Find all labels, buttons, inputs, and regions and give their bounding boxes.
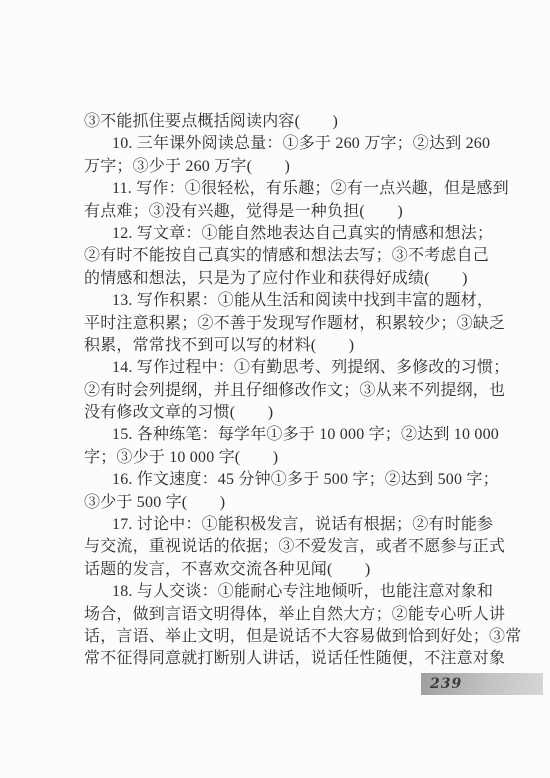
text-line: 话题的发言，不喜欢交流各种见闻( ) xyxy=(84,559,480,581)
text-line: 16. 作文速度：45 分钟①多于 500 字；②达到 500 字； xyxy=(84,469,480,491)
scanned-book-page: ③不能抓住要点概括阅读内容( ) 10. 三年课外阅读总量：①多于 260 万字… xyxy=(0,0,550,778)
text-line: ②有时会列提纲，并且仔细修改作文；③从来不列提纲，也 xyxy=(84,380,480,402)
text-line: 万字；③少于 260 万字( ) xyxy=(84,156,480,178)
text-line: ③不能抓住要点概括阅读内容( ) xyxy=(84,111,480,133)
text-line: 场合，做到言语文明得体，举止自然大方；②能专心听人讲 xyxy=(84,604,480,626)
text-line: 15. 各种练笔：每学年①多于 10 000 字；②达到 10 000 xyxy=(84,424,480,446)
text-line: 常不征得同意就打断别人讲话，说话任性随便，不注意对象 xyxy=(84,648,480,670)
text-line: 13. 写作积累：①能从生活和阅读中找到丰富的题材， xyxy=(84,290,480,312)
text-line: 积累，常常找不到可以写的材料( ) xyxy=(84,335,480,357)
page-number: 239 xyxy=(430,676,462,692)
text-line: ②有时不能按自己真实的情感和想法去写；③不考虑自己 xyxy=(84,245,480,267)
body-text: ③不能抓住要点概括阅读内容( ) 10. 三年课外阅读总量：①多于 260 万字… xyxy=(84,111,480,671)
text-line: 话，言语、举止文明，但是说话不大容易做到恰到好处；③常 xyxy=(84,626,480,648)
page-number-band: 239 xyxy=(421,673,543,695)
text-line: 18. 与人交谈：①能耐心专注地倾听，也能注意对象和 xyxy=(84,581,480,603)
text-line: 平时注意积累；②不善于发现写作题材，积累较少；③缺乏 xyxy=(84,313,480,335)
text-line: 14. 写作过程中：①有勤思考、列提纲、多修改的习惯； xyxy=(84,357,480,379)
text-line: 与交流，重视说话的依据；③不爱发言，或者不愿参与正式 xyxy=(84,536,480,558)
text-line: 有点难；③没有兴趣，觉得是一种负担( ) xyxy=(84,201,480,223)
text-line: 17. 讨论中：①能积极发言，说话有根据；②有时能参 xyxy=(84,514,480,536)
text-line: 10. 三年课外阅读总量：①多于 260 万字；②达到 260 xyxy=(84,133,480,155)
text-line: 字；③少于 10 000 字( ) xyxy=(84,447,480,469)
text-line: 的情感和想法，只是为了应付作业和获得好成绩( ) xyxy=(84,268,480,290)
text-line: 没有修改文章的习惯( ) xyxy=(84,402,480,424)
text-line: ③少于 500 字( ) xyxy=(84,492,480,514)
text-line: 12. 写文章：①能自然地表达自己真实的情感和想法； xyxy=(84,223,480,245)
text-line: 11. 写作：①很轻松，有乐趣；②有一点兴趣，但是感到 xyxy=(84,178,480,200)
